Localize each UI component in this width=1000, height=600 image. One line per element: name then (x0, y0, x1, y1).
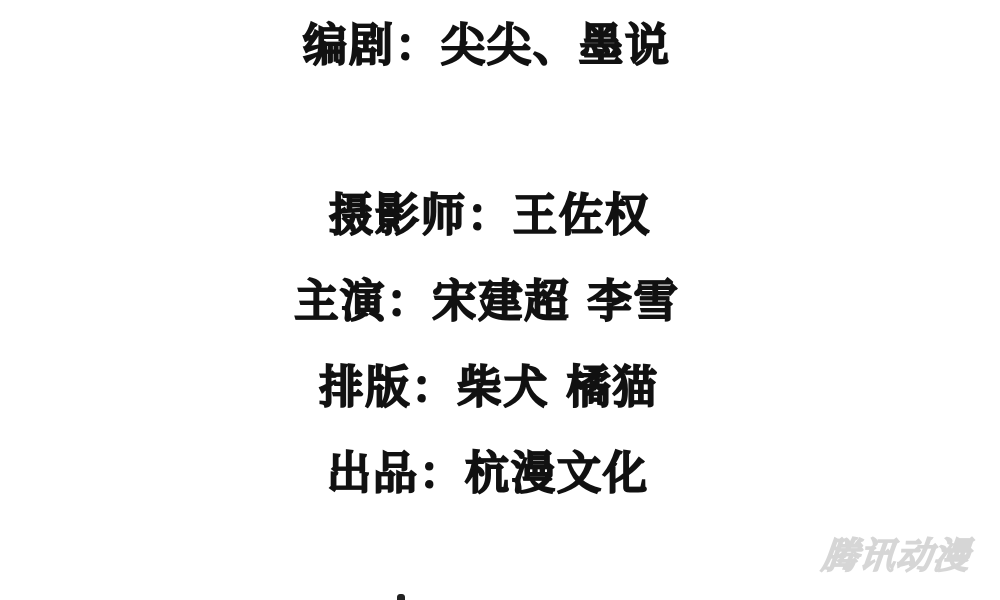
bottom-edge-mark (397, 594, 405, 600)
credit-lead-actors: 主演：宋建超 李雪 (0, 275, 987, 328)
credit-screenwriter: 编剧：尖尖、墨说 (0, 19, 987, 72)
credit-photographer: 摄影师：王佐权 (0, 189, 990, 242)
tencent-comics-watermark: 腾讯动漫 (820, 535, 983, 579)
credit-layout: 排版：柴犬 橘猫 (0, 361, 989, 414)
credit-producer: 出品：杭漫文化 (0, 447, 988, 500)
